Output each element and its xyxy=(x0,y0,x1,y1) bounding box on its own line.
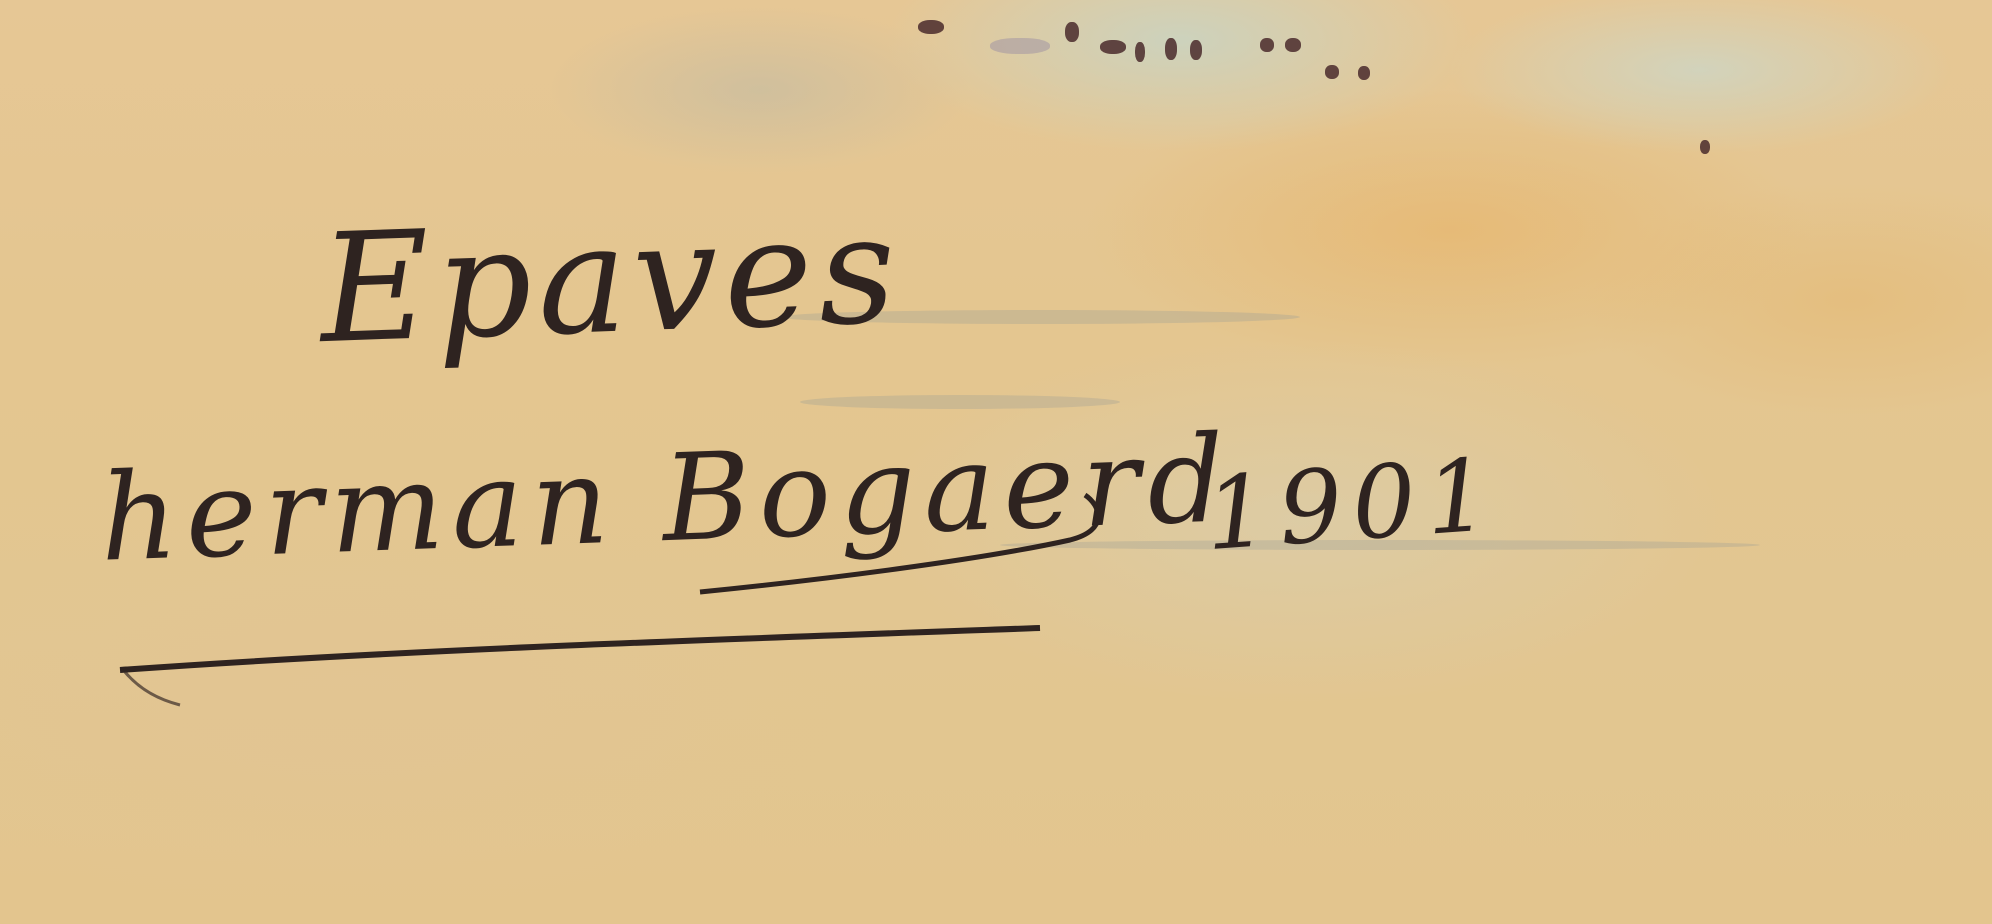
signature-underline xyxy=(0,0,1992,924)
watercolor-painting-detail: Epaves herman Bogaerd 1901 xyxy=(0,0,1992,924)
